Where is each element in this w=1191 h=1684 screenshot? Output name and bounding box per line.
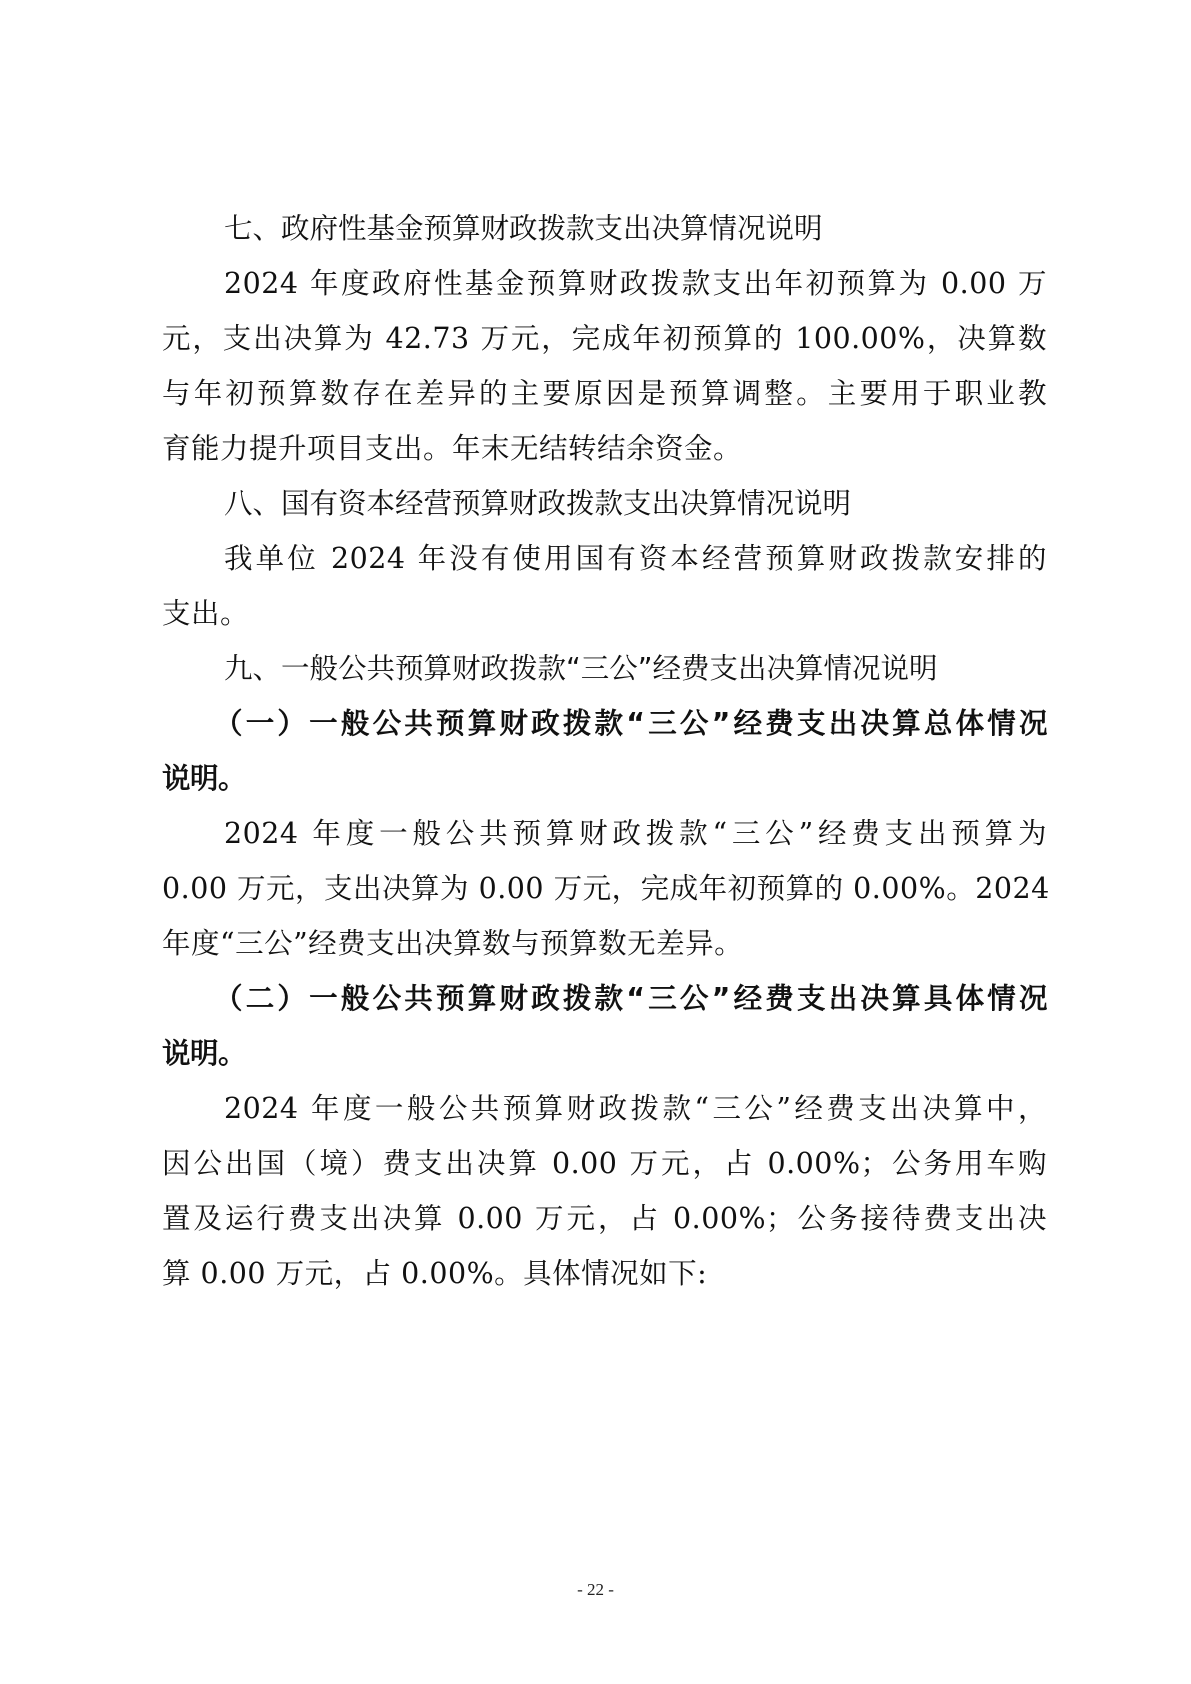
subsection-2-paragraph-line-1: 2024 年度一般公共预算财政拨款“三公”经费支出决算中，: [224, 1089, 1047, 1129]
subsection-2-paragraph-line-3: 置及运行费支出决算 0.00 万元，占 0.00%；公务接待费支出决: [162, 1199, 1047, 1239]
section-7-heading: 七、政府性基金预算财政拨款支出决算情况说明: [224, 209, 1047, 249]
section-8-paragraph-line-2: 支出。: [162, 594, 1047, 634]
subsection-2-title-line-1: （二）一般公共预算财政拨款“三公”经费支出决算具体情况: [214, 979, 1047, 1019]
subsection-1-title-line-1: （一）一般公共预算财政拨款“三公”经费支出决算总体情况: [214, 704, 1047, 744]
subsection-1-paragraph-line-1: 2024 年度一般公共预算财政拨款“三公”经费支出预算为: [224, 814, 1047, 854]
document-page: 七、政府性基金预算财政拨款支出决算情况说明 2024 年度政府性基金预算财政拨款…: [0, 0, 1191, 1684]
section-8-paragraph-line-1: 我单位 2024 年没有使用国有资本经营预算财政拨款安排的: [224, 539, 1047, 579]
section-7-paragraph-line-2: 元，支出决算为 42.73 万元，完成年初预算的 100.00%，决算数: [162, 319, 1047, 359]
subsection-1-title-line-2: 说明。: [162, 759, 1047, 799]
section-8-heading: 八、国有资本经营预算财政拨款支出决算情况说明: [224, 484, 1047, 524]
section-7-paragraph-line-4: 育能力提升项目支出。年末无结转结余资金。: [162, 429, 1047, 469]
subsection-2-paragraph-line-4: 算 0.00 万元，占 0.00%。具体情况如下:: [162, 1254, 1047, 1294]
page-number: - 22 -: [0, 1580, 1191, 1600]
subsection-2-title-line-2: 说明。: [162, 1034, 1047, 1074]
section-7-paragraph-line-3: 与年初预算数存在差异的主要原因是预算调整。主要用于职业教: [162, 374, 1047, 414]
subsection-1-paragraph-line-3: 年度“三公”经费支出决算数与预算数无差异。: [162, 924, 1047, 964]
subsection-1-paragraph-line-2: 0.00 万元，支出决算为 0.00 万元，完成年初预算的 0.00%。2024: [162, 869, 1047, 909]
section-9-heading: 九、一般公共预算财政拨款“三公”经费支出决算情况说明: [224, 649, 1047, 689]
section-7-paragraph-line-1: 2024 年度政府性基金预算财政拨款支出年初预算为 0.00 万: [224, 264, 1047, 304]
subsection-2-paragraph-line-2: 因公出国（境）费支出决算 0.00 万元，占 0.00%；公务用车购: [162, 1144, 1047, 1184]
